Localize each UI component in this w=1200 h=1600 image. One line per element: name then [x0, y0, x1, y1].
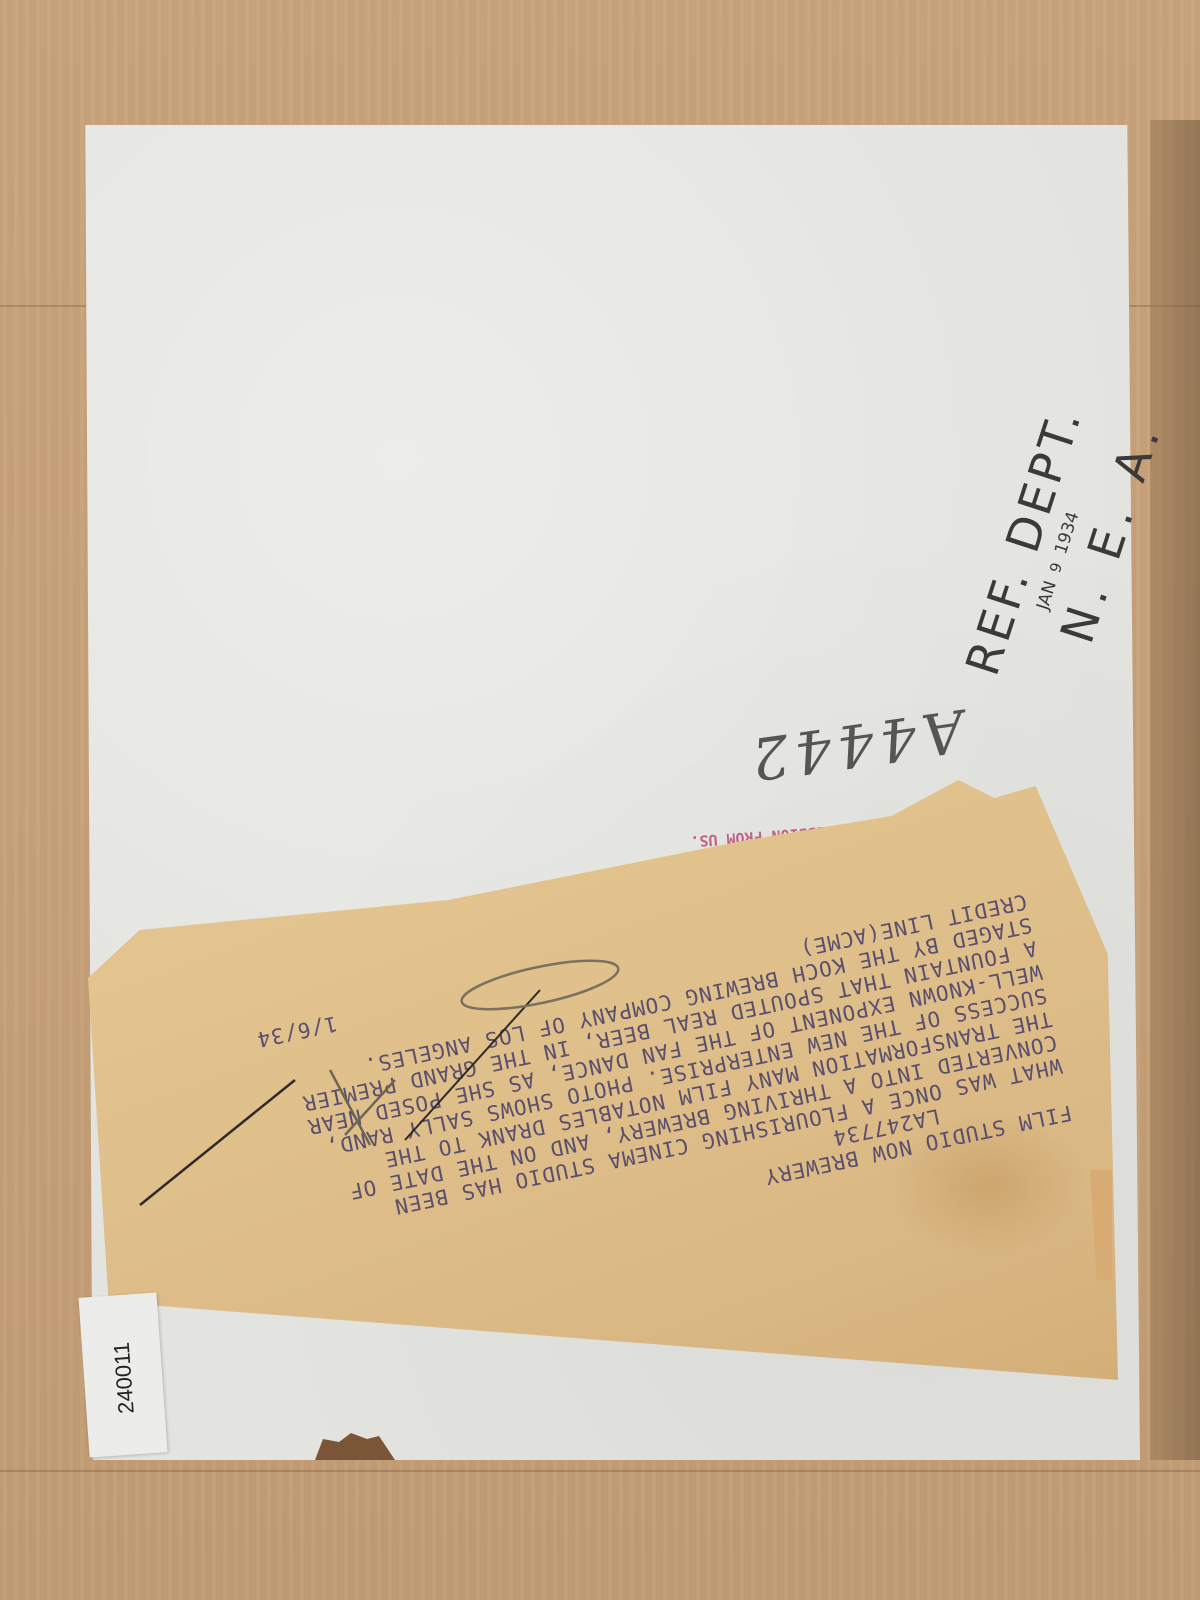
ref-dept-stamp: REF. DEPT. JAN91934 N. E. A. [905, 330, 1105, 690]
wood-shadow [1150, 120, 1200, 1460]
wood-plank-seam [0, 1470, 1200, 1472]
inventory-label: 240011 [79, 1292, 168, 1457]
inventory-label-number: 240011 [107, 1317, 141, 1439]
stamp-date-day: 9 [1046, 560, 1066, 575]
